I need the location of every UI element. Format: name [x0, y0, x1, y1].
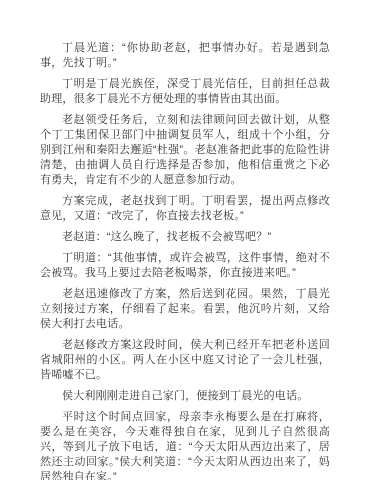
paragraph-6: 丁明道：“其他事情，或许会被骂，这件事情，绝对不会被骂。我马上要过去陪老板喝茶，… [40, 251, 330, 281]
paragraph-5: 老赵道：“这么晚了，找老板不会被骂吧？” [40, 230, 330, 245]
paragraph-10: 平时这个时间点回家，母亲李永梅要么是在打麻将，要么是在美容，今天难得独自在家，见… [40, 410, 330, 480]
paragraph-7: 老赵迅速修改了方案，然后送到花园。果然，丁晨光立刻接过方案，仔细看了起来。看罢，… [40, 287, 330, 332]
paragraph-3: 老赵领受任务后，立刻和法律顾问回去做计划，从整个丁工集团保卫部门中抽调复员军人，… [40, 113, 330, 188]
paragraph-1: 丁晨光道：“你协助老赵，把事情办好。若是遇到急事，先找丁明。” [40, 41, 330, 71]
paragraph-8: 老赵修改方案这段时间，侯大利已经开车把老朴送回省城阳州的小区。两人在小区中庭又讨… [40, 338, 330, 383]
paragraph-2: 丁明是丁晨光族侄，深受丁晨光信任，目前担任总裁助理，很多丁晨光不方便处理的事情皆… [40, 77, 330, 107]
ebook-reader-page: 丁晨光道：“你协助老赵，把事情办好。若是遇到急事，先找丁明。” 丁明是丁晨光族侄… [0, 0, 370, 480]
paragraph-4: 方案完成，老赵找到丁明。丁明看罢，提出两点修改意见，又道：“改完了，你直接去找老… [40, 194, 330, 224]
paragraph-9: 侯大利刚刚走进自己家门，便接到丁晨光的电话。 [40, 389, 330, 404]
